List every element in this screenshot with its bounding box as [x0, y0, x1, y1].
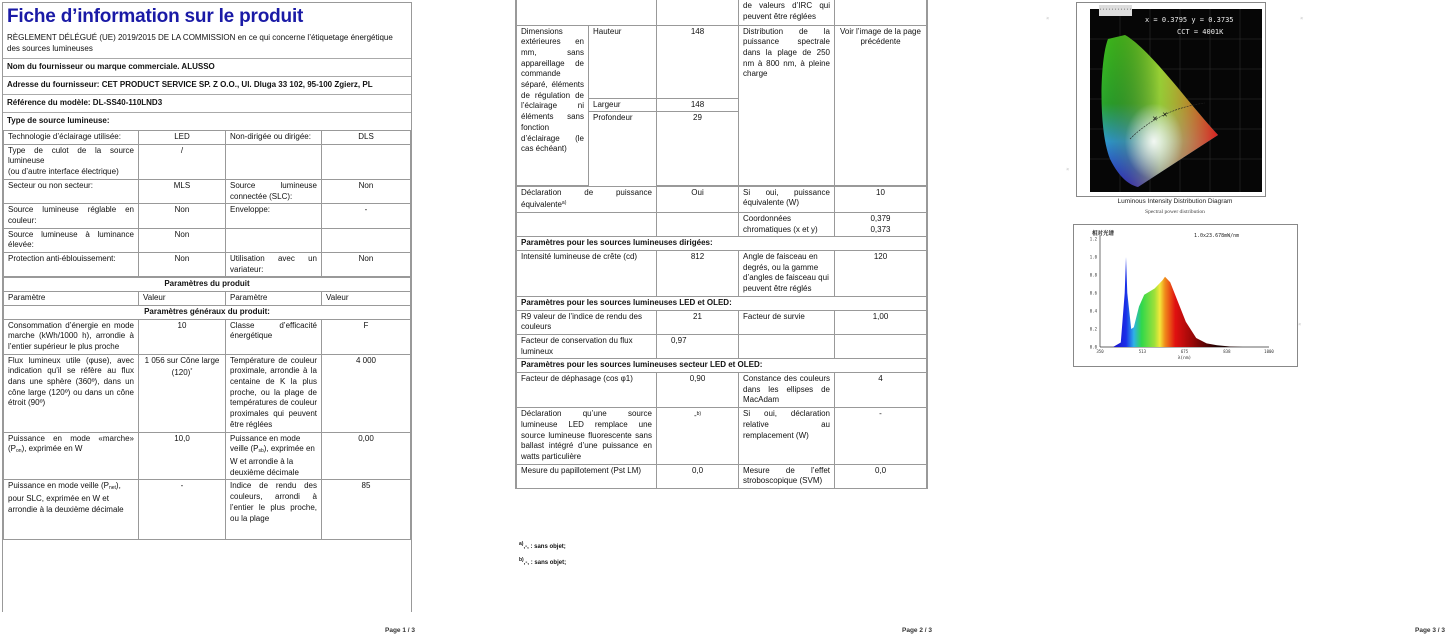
param-label: Déclaration qu’une source lumineuse LED …: [517, 408, 657, 465]
param-value: 0,90: [657, 373, 739, 408]
param-value: 85: [322, 480, 411, 540]
document-title: Fiche d’information sur le produit: [3, 3, 411, 30]
spectral-power-chart: 相对光谱 1.0x23.678mW/nm 0.00.20.40.60.81.01…: [1073, 224, 1298, 367]
table-row: Flux lumineux utile (φuse), avec indicat…: [4, 354, 411, 432]
param-label: Type de culot de la source lumineuse(ou …: [4, 144, 139, 179]
svg-text:350: 350: [1096, 349, 1104, 354]
param-value: Non: [139, 204, 226, 228]
param-value: LED: [139, 131, 226, 145]
param-value: 0,0: [835, 464, 927, 488]
col-header: Valeur: [322, 292, 411, 306]
param-value: 10: [139, 319, 226, 354]
param-label: Facteur de survie: [739, 310, 835, 334]
param-value: Non: [322, 253, 411, 277]
param-label: Source lumineuse à luminance élevée:: [4, 228, 139, 252]
param-label: Si oui, déclaration relative au remplace…: [739, 408, 835, 465]
footnotes: a)‚-‚ : sans objet; b)‚-‚ : sans objet;: [519, 538, 566, 570]
param-label: Indice de rendu des couleurs, arrondi à …: [226, 480, 322, 540]
svg-text:1000: 1000: [1264, 349, 1274, 354]
param-value: 0,0: [657, 464, 739, 488]
param-value: F: [322, 319, 411, 354]
dimension-value: 148: [657, 25, 739, 98]
table-row: R9 valeur de l’indice de rendu des coule…: [517, 310, 927, 334]
svg-text:0.2: 0.2: [1090, 327, 1098, 332]
watermark: ✦: [1297, 14, 1307, 26]
param-value: 0,97: [657, 334, 739, 358]
svg-text:0.8: 0.8: [1090, 273, 1098, 278]
param-value: 10,0: [139, 432, 226, 480]
page-number: Page 3 / 3: [1415, 626, 1445, 637]
footnote-a: a)‚-‚ : sans objet;: [519, 538, 566, 554]
source-type-table: Technologie d’éclairage utilisée:LEDNon-…: [3, 130, 411, 277]
param-label: Puissance en mode veille (Pnet), pour SL…: [4, 480, 139, 540]
param-value: 1,00: [835, 310, 927, 334]
param-value: MLS: [139, 179, 226, 203]
param-label: Non-dirigée ou dirigée:: [226, 131, 322, 145]
table-row: Puissance en mode «marche» (Pon), exprim…: [4, 432, 411, 480]
col-header: Paramètre: [226, 292, 322, 306]
watermark: ✦: [1043, 14, 1053, 26]
table-row: Facteur de déphasage (cos φ1) 0,90 Const…: [517, 373, 927, 408]
general-params-heading: Paramètres généraux du produit:: [4, 305, 411, 319]
regulation-text: RÈGLEMENT DÉLÉGUÉ (UE) 2019/2015 DE LA C…: [3, 30, 411, 58]
model-reference: Référence du modèle: DL-SS40-110LND3: [3, 94, 411, 112]
params-heading: Paramètres du produit: [4, 278, 411, 292]
footnote-b: b)‚-‚ : sans objet;: [519, 554, 566, 570]
param-label: Intensité lumineuse de crête (cd): [517, 251, 657, 297]
param-label: Facteur de déphasage (cos φ1): [517, 373, 657, 408]
param-label: Enveloppe:: [226, 204, 322, 228]
cie-caption: Luminous Intensity Distribution Diagram: [1090, 198, 1260, 206]
param-value: Oui: [657, 186, 739, 212]
params-table-lower: Déclaration de puissance équivalentea) O…: [516, 186, 927, 490]
svg-text:✕: ✕: [1162, 112, 1168, 119]
param-value: [322, 228, 411, 252]
param-label: Constance des couleurs dans les ellipses…: [739, 373, 835, 408]
led-heading: Paramètres pour les sources lumineuses L…: [517, 296, 927, 310]
mains-led-heading: Paramètres pour les sources lumineuses s…: [517, 359, 927, 373]
param-value: 4 000: [322, 354, 411, 432]
param-label: Mesure du papillotement (Pst LM): [517, 464, 657, 488]
param-label: Source lumineuse réglable en couleur:: [4, 204, 139, 228]
param-value: -: [139, 480, 226, 540]
svg-text:λ(nm): λ(nm): [1178, 355, 1192, 361]
param-label: Distribution de la puissance spectrale d…: [739, 25, 835, 185]
param-value: /: [139, 144, 226, 179]
param-label: Source lumineuse connectée (SLC):: [226, 179, 322, 203]
svg-text:1.0: 1.0: [1090, 255, 1098, 260]
source-type-heading: Type de source lumineuse:: [3, 112, 411, 130]
param-value: -: [322, 204, 411, 228]
dimension-value: 148: [657, 98, 739, 112]
param-label-continued: de valeurs d’IRC qui peuvent être réglée…: [739, 0, 835, 25]
cie-chromaticity-diagram: ✕ ✕ ··········· x = 0.3795 y = 0.3735 CC…: [1076, 2, 1266, 197]
directed-heading: Paramètres pour les sources lumineuses d…: [517, 237, 927, 251]
col-header: Valeur: [139, 292, 226, 306]
product-params-table: Paramètres du produit Paramètre Valeur P…: [3, 277, 411, 540]
param-value: Non: [139, 253, 226, 277]
table-row: Secteur ou non secteur:MLSSource lumineu…: [4, 179, 411, 203]
svg-text:✕: ✕: [1152, 116, 1158, 123]
param-label: Coordonnées chromatiques (x et y): [739, 212, 835, 236]
param-value: DLS: [322, 131, 411, 145]
svg-text:1.2: 1.2: [1090, 237, 1098, 242]
page-1: Fiche d’information sur le produit RÈGLE…: [0, 0, 415, 641]
param-value: Non: [139, 228, 226, 252]
param-label: [226, 228, 322, 252]
page-3: ✦ ✦ ✦ ✦: [1030, 0, 1445, 641]
table-row: Déclaration de puissance équivalentea) O…: [517, 186, 927, 212]
cie-subcaption: Spectral power distribution: [1090, 208, 1260, 216]
param-label: Si oui, puissance équivalente (W): [739, 186, 835, 212]
param-value: [322, 144, 411, 179]
param-label: Angle de faisceau en degrés, ou la gamme…: [739, 251, 835, 297]
param-label: Technologie d’éclairage utilisée:: [4, 131, 139, 145]
param-value: 0,3790,373: [835, 212, 927, 236]
page-2: de valeurs d’IRC qui peuvent être réglée…: [515, 0, 930, 641]
param-value: Voir l’image de la page précédente: [835, 25, 927, 185]
svg-text:513: 513: [1139, 349, 1147, 354]
dimension-name: Profondeur: [589, 112, 657, 185]
param-value: 4: [835, 373, 927, 408]
param-label: Puissance en mode «marche» (Pon), exprim…: [4, 432, 139, 480]
spd-plot: 0.00.20.40.60.81.01.23505136758381000λ(n…: [1074, 225, 1299, 368]
svg-text:0.4: 0.4: [1090, 309, 1098, 314]
param-value: 0,00: [322, 432, 411, 480]
param-label: Secteur ou non secteur:: [4, 179, 139, 203]
supplier-name: Nom du fournisseur ou marque commerciale…: [3, 58, 411, 76]
svg-text:675: 675: [1181, 349, 1189, 354]
dimension-value: 29: [657, 112, 739, 185]
param-label: Déclaration de puissance équivalentea): [517, 186, 657, 212]
param-label: Classe d’efficacité énergétique: [226, 319, 322, 354]
page-number: Page 2 / 3: [902, 626, 932, 637]
param-label: Consommation d’énergie en mode marche (k…: [4, 319, 139, 354]
cie-header-label: ···········: [1099, 5, 1132, 16]
param-value: 10: [835, 186, 927, 212]
table-row: Dimensions extérieures en mm, sans appar…: [517, 25, 927, 98]
product-sheet-continued: de valeurs d’IRC qui peuvent être réglée…: [515, 0, 928, 489]
product-sheet-frame: Fiche d’information sur le produit RÈGLE…: [2, 2, 412, 612]
param-value: 1 056 sur Cône large (120)*: [139, 354, 226, 432]
param-value: -b): [657, 408, 739, 465]
table-row: Consommation d’énergie en mode marche (k…: [4, 319, 411, 354]
param-label: R9 valeur de l’indice de rendu des coule…: [517, 310, 657, 334]
page-number: Page 1 / 3: [385, 626, 415, 637]
product-params-table-continued: de valeurs d’IRC qui peuvent être réglée…: [516, 0, 927, 186]
table-row: Source lumineuse réglable en couleur:Non…: [4, 204, 411, 228]
chromaticity-readout: x = 0.3795 y = 0.3735: [1145, 15, 1234, 26]
param-label: Mesure de l’effet stroboscopique (SVM): [739, 464, 835, 488]
param-value: 812: [657, 251, 739, 297]
param-label: Flux lumineux utile (φuse), avec indicat…: [4, 354, 139, 432]
param-label: [226, 144, 322, 179]
table-row: Intensité lumineuse de crête (cd) 812 An…: [517, 251, 927, 297]
table-row: Puissance en mode veille (Pnet), pour SL…: [4, 480, 411, 540]
dimension-name: Largeur: [589, 98, 657, 112]
param-value: 21: [657, 310, 739, 334]
dimensions-label: Dimensions extérieures en mm, sans appar…: [517, 25, 589, 185]
table-row: Déclaration qu’une source lumineuse LED …: [517, 408, 927, 465]
table-row: Mesure du papillotement (Pst LM) 0,0 Mes…: [517, 464, 927, 488]
param-label: Température de couleur proximale, arrond…: [226, 354, 322, 432]
col-header: Paramètre: [4, 292, 139, 306]
param-label: Protection anti-éblouissement:: [4, 253, 139, 277]
table-row: Coordonnées chromatiques (x et y) 0,3790…: [517, 212, 927, 236]
table-row: Technologie d’éclairage utilisée:LEDNon-…: [4, 131, 411, 145]
param-label: Facteur de conservation du flux lumineux: [517, 334, 657, 358]
table-row: Protection anti-éblouissement:NonUtilisa…: [4, 253, 411, 277]
supplier-address: Adresse du fournisseur: CET PRODUCT SERV…: [3, 76, 411, 94]
param-value: Non: [322, 179, 411, 203]
param-label: Puissance en mode veille (Psb), exprimée…: [226, 432, 322, 480]
table-row: Source lumineuse à luminance élevée:Non: [4, 228, 411, 252]
param-label: Utilisation avec un variateur:: [226, 253, 322, 277]
param-value: 120: [835, 251, 927, 297]
svg-text:0.6: 0.6: [1090, 291, 1098, 296]
param-value: -: [835, 408, 927, 465]
cct-readout: CCT = 4001K: [1177, 27, 1223, 38]
svg-text:838: 838: [1223, 349, 1231, 354]
table-row: Facteur de conservation du flux lumineux…: [517, 334, 927, 358]
cie-gamut-graphic: ✕ ✕: [1090, 9, 1262, 192]
table-row: Type de culot de la source lumineuse(ou …: [4, 144, 411, 179]
dimension-name: Hauteur: [589, 25, 657, 98]
watermark: ✦: [1063, 165, 1073, 177]
